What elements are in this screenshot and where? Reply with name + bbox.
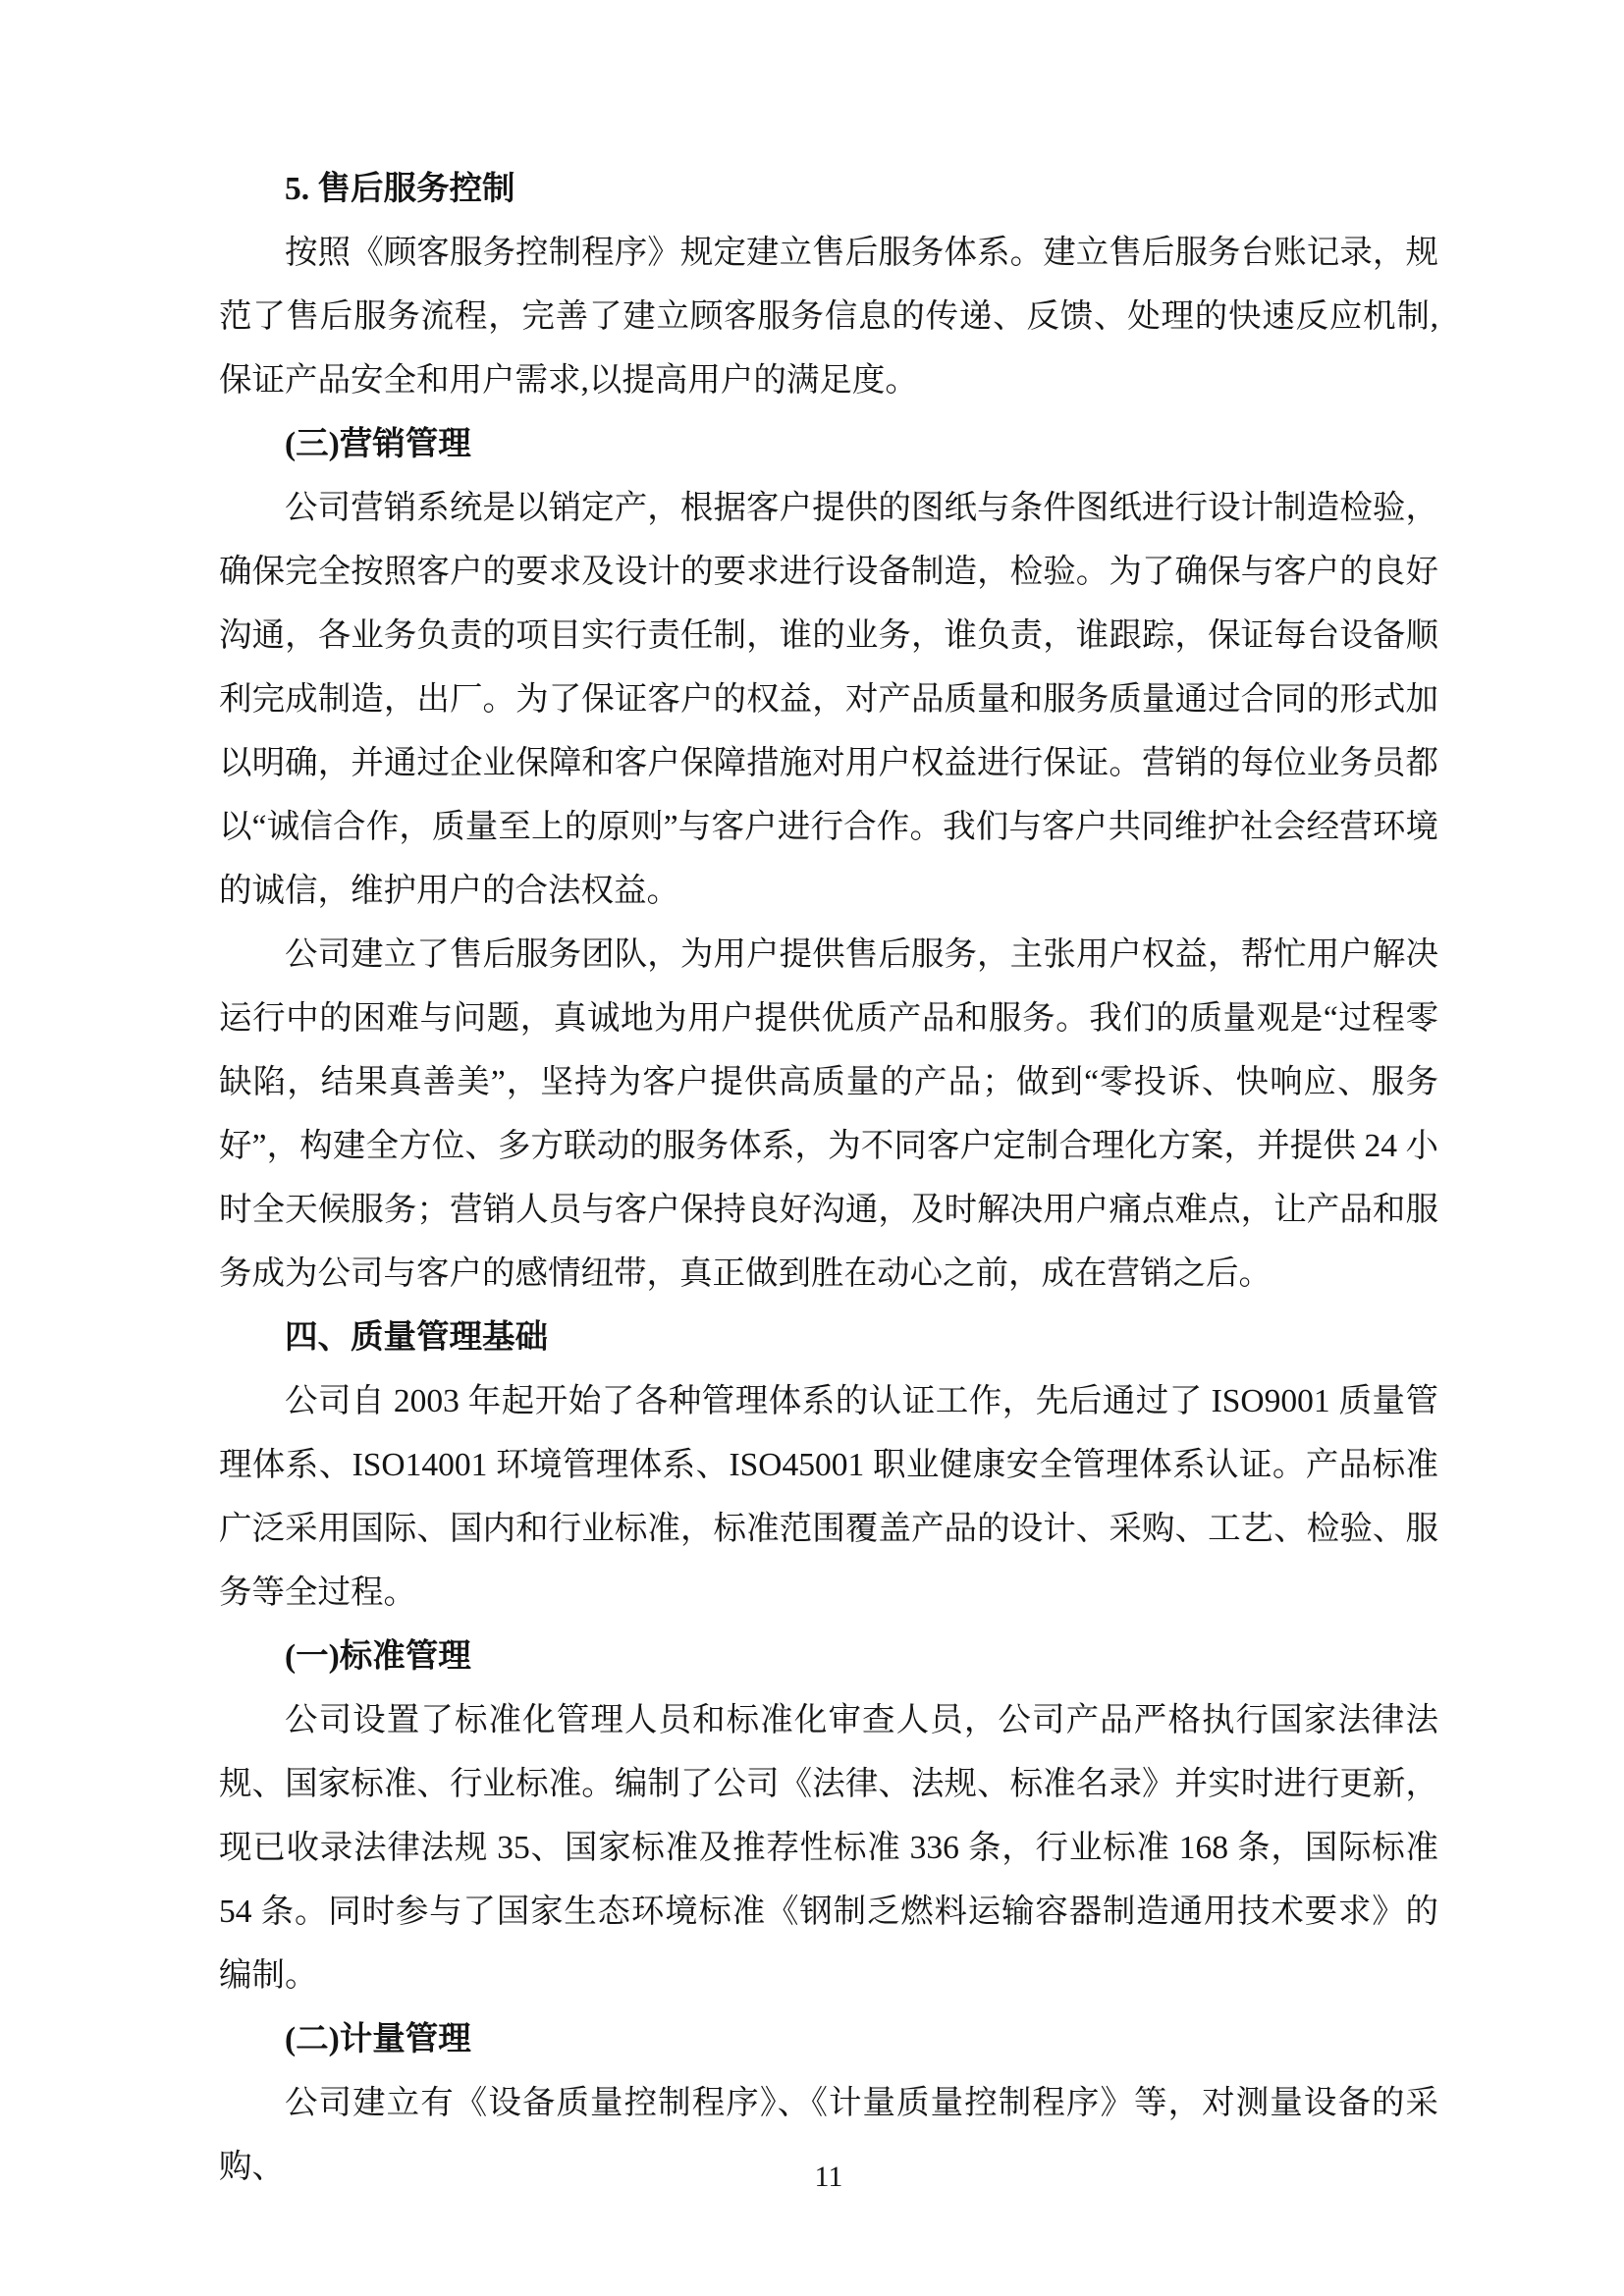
paragraph-certification: 公司自 2003 年起开始了各种管理体系的认证工作，先后通过了 ISO9001 …: [219, 1369, 1438, 1625]
paragraph-standards: 公司设置了标准化管理人员和标准化审查人员，公司产品严格执行国家法律法规、国家标准…: [219, 1688, 1438, 2007]
heading-marketing-management: (三)营销管理: [219, 412, 1438, 476]
heading-after-sales-service-control: 5. 售后服务控制: [219, 157, 1438, 221]
page-number: 11: [219, 2158, 1438, 2197]
paragraph-service-team: 公司建立了售后服务团队，为用户提供售后服务，主张用户权益，帮忙用户解决运行中的困…: [219, 923, 1438, 1306]
heading-metrology-management: (二)计量管理: [219, 2007, 1438, 2071]
document-page: 5. 售后服务控制 按照《顾客服务控制程序》规定建立售后服务体系。建立售后服务台…: [0, 0, 1624, 2296]
heading-standard-management: (一)标准管理: [219, 1625, 1438, 1688]
paragraph-after-sales-service: 按照《顾客服务控制程序》规定建立售后服务体系。建立售后服务台账记录，规范了售后服…: [219, 221, 1438, 412]
heading-quality-management-foundation: 四、质量管理基础: [219, 1306, 1438, 1369]
document-content: 5. 售后服务控制 按照《顾客服务控制程序》规定建立售后服务体系。建立售后服务台…: [219, 157, 1438, 2199]
paragraph-marketing-system: 公司营销系统是以销定产，根据客户提供的图纸与条件图纸进行设计制造检验，确保完全按…: [219, 476, 1438, 923]
